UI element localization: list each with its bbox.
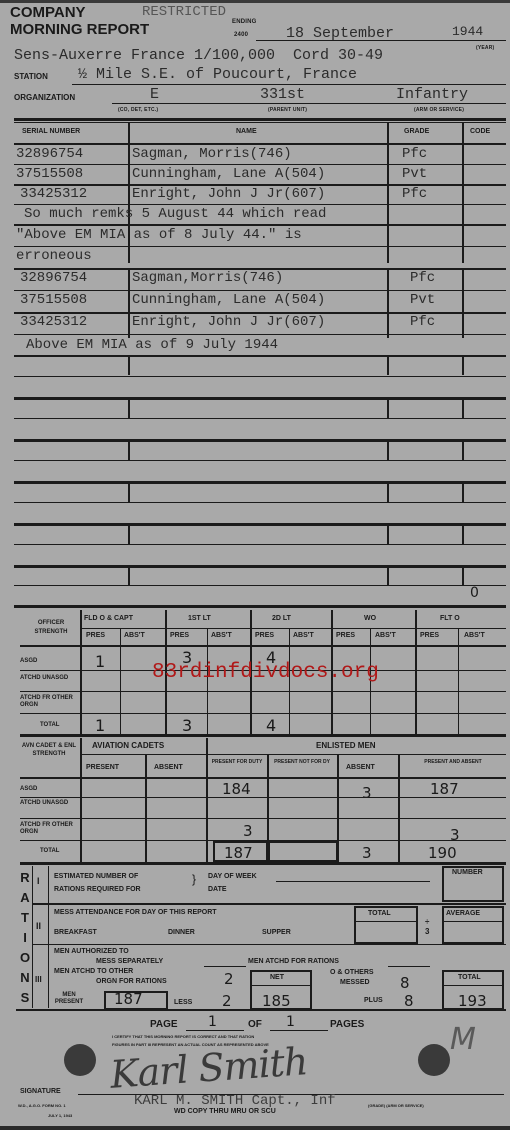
subcol-abst: ABS'T: [464, 632, 485, 639]
remark-line: So much remks 5 August 44 which read: [24, 206, 326, 222]
sub-label-parent: (PARENT UNIT): [268, 107, 307, 113]
row-line: [14, 246, 506, 247]
col-present-and-absent: PRESENT AND ABSENT: [410, 758, 496, 766]
grade-cell: Pfc: [410, 270, 435, 286]
supper-label: SUPPER: [262, 929, 291, 936]
station-label: STATION: [14, 72, 48, 81]
roster-bottom-border: [14, 605, 506, 608]
row-label-atchd-unasgd: ATCHD UNASGD: [20, 800, 70, 807]
serial-cell: 32896754: [20, 270, 87, 286]
form-title-morning-report: MORNING REPORT: [10, 21, 149, 38]
ending-label: ENDING: [232, 19, 257, 25]
number-label: NUMBER: [452, 869, 483, 876]
em-total-absent: 3: [362, 844, 372, 862]
average-label: AVERAGE: [446, 910, 480, 917]
officer-total-fld-pres: 1: [95, 716, 105, 735]
col-header-serial: SERIAL NUMBER: [22, 128, 80, 135]
serial-cell: 32896754: [16, 146, 83, 162]
breakfast-label: BREAKFAST: [54, 929, 97, 936]
sub-label-company: (CO, DET, ETC.): [118, 107, 158, 113]
row-line: [14, 334, 506, 335]
bottom-edge: [0, 1126, 510, 1130]
row-label-total: TOTAL: [40, 722, 59, 728]
remark-line: erroneous: [16, 248, 92, 264]
col-present-for-duty: PRESENT FOR DUTY: [210, 758, 264, 766]
em-other-present-duty: 3: [243, 822, 253, 840]
binder-hole-left: [64, 1044, 96, 1076]
subcol-pres: PRES: [255, 632, 274, 639]
certify-line1: I CERTIFY THAT THIS MORNING REPORT IS CO…: [112, 1034, 254, 1039]
name-cell: Sagman,Morris(746): [132, 270, 283, 286]
men-authorized-label2: MESS SEPARATELY: [96, 958, 163, 965]
officer-total-2d-pres: 4: [266, 716, 276, 735]
subcol-pres: PRES: [336, 632, 355, 639]
remark-line: Above EM MIA as of 9 July 1944: [26, 337, 278, 353]
row-line: [14, 290, 506, 291]
distribution-line: WD COPY THRU MRU OR SCU: [174, 1108, 276, 1115]
mess-attendance-label: MESS ATTENDANCE FOR DAY OF THIS REPORT: [54, 909, 217, 916]
men-atchd-other-value: 2: [224, 970, 234, 988]
group-fld-o-capt: FLD O & CAPT: [84, 615, 133, 622]
signature-label: SIGNATURE: [20, 1088, 61, 1095]
men-atchd-rations-label: MEN ATCHD FOR RATIONS: [248, 958, 339, 965]
net-value: 185: [262, 992, 291, 1010]
men-present-label: MEN PRESENT: [54, 992, 84, 1006]
col-sep-grade: [462, 123, 464, 263]
group-flt-o: FLT O: [440, 615, 460, 622]
year-label: (YEAR): [476, 45, 494, 51]
row-line: [14, 164, 506, 165]
row-label-total: TOTAL: [40, 848, 59, 854]
enlisted-strength-title: AVN CADET & ENL STRENGTH: [18, 742, 80, 758]
total-box-present-not-duty: [268, 841, 338, 862]
grade-cell: Pvt: [402, 166, 427, 182]
roster-top-border: [14, 118, 506, 121]
o-others-label1: O & OTHERS: [330, 969, 374, 976]
organization-label: ORGANIZATION: [14, 93, 75, 102]
subcol-pres: PRES: [170, 632, 189, 639]
group-2d-lt: 2D LT: [272, 615, 291, 622]
row-label-atchd-unasgd: ATCHD UNASGD: [20, 675, 70, 682]
row-line: [14, 355, 506, 357]
group-1st-lt: 1ST LT: [188, 615, 211, 622]
organization-underline: [112, 103, 506, 104]
name-cell: Sagman, Morris(746): [132, 146, 292, 162]
plus-label: PLUS: [364, 997, 383, 1004]
row-line: [14, 204, 506, 205]
grade-arm-label: (GRADE) (ARM OR SERVICE): [368, 1103, 424, 1108]
signer-name: KARL M. SMITH Capt., Inf: [134, 1093, 336, 1109]
station-value: ½ Mile S.E. of Poucourt, France: [78, 66, 357, 83]
subcol-abst: ABS'T: [124, 632, 145, 639]
brace: }: [192, 872, 196, 886]
pages-label: PAGES: [330, 1019, 364, 1030]
col-sep-name: [387, 123, 389, 263]
grade-cell: Pfc: [410, 314, 435, 330]
col-absent-em: ABSENT: [346, 764, 375, 771]
form-title-company: COMPANY: [10, 4, 86, 21]
officer-total-1st-pres: 3: [182, 716, 192, 735]
day-of-week-label: DAY OF WEEK: [208, 873, 257, 880]
em-other-present-absent: 3: [450, 826, 460, 844]
rations-side-label: RATIONS: [18, 868, 32, 1008]
serial-cell: 37515508: [20, 292, 87, 308]
men-atchd-other-label2: ORGN FOR RATIONS: [96, 978, 167, 985]
col-absent: ABSENT: [154, 764, 183, 771]
subcol-abst: ABS'T: [293, 632, 314, 639]
record-count: 0: [470, 585, 479, 601]
morning-report-card: COMPANY RESTRICTED MORNING REPORT ENDING…: [0, 0, 510, 1130]
col-sep-grade: [462, 268, 464, 338]
section-num-iii: III: [35, 975, 42, 984]
em-total-present-duty: 187: [224, 844, 253, 862]
grade-cell: Pfc: [402, 186, 427, 202]
date-underline: [256, 40, 506, 41]
officer-strength-title: OFFICER STRENGTH: [24, 619, 78, 637]
divide-by-three: ÷ 3: [425, 917, 435, 937]
col-header-code: CODE: [470, 128, 490, 135]
row-line: [14, 224, 506, 226]
col-present: PRESENT: [86, 764, 119, 771]
grade-cell: Pvt: [410, 292, 435, 308]
em-total-present-absent: 190: [428, 844, 457, 862]
serial-cell: 37515508: [16, 166, 83, 182]
officer-asgd-fld-pres: 1: [95, 652, 105, 671]
section-num-i: I: [37, 876, 40, 886]
name-cell: Enright, John J Jr(607): [132, 186, 325, 202]
ending-time: 2400: [234, 32, 248, 38]
col-present-not-for-dy: PRESENT NOT FOR DY: [271, 758, 333, 766]
col-sep-serial: [128, 268, 130, 338]
top-edge: [0, 0, 510, 3]
binder-hole-right: [418, 1044, 450, 1076]
net-label: NET: [270, 974, 284, 981]
serial-cell: 33425312: [20, 314, 87, 330]
enlisted-men-label: ENLISTED MEN: [316, 741, 376, 750]
organization-parent-unit: 331st: [260, 86, 305, 103]
group-wo: WO: [364, 615, 376, 622]
dinner-label: DINNER: [168, 929, 195, 936]
roster-top-border-2: [14, 122, 506, 123]
margin-mark: M: [450, 1022, 476, 1057]
remark-line: "Above EM MIA as of 8 July 44." is: [16, 227, 302, 243]
signature-script: Karl Smith: [109, 1039, 309, 1097]
report-year: 1944: [452, 24, 483, 39]
roster-header-bottom: [14, 143, 506, 145]
station-underline: [72, 84, 506, 85]
map-reference: Sens-Auxerre France 1/100,000 Cord 30-49: [14, 47, 383, 64]
page-number: 1: [208, 1014, 217, 1030]
men-atchd-other-label1: MEN ATCHD TO OTHER: [54, 968, 133, 975]
name-cell: Cunningham, Lane A(504): [132, 166, 325, 182]
section-num-ii: II: [36, 921, 41, 931]
total-pages: 1: [286, 1014, 295, 1030]
name-cell: Cunningham, Lane A(504): [132, 292, 325, 308]
total-value: 193: [458, 992, 487, 1010]
name-cell: Enright, John J Jr(607): [132, 314, 325, 330]
row-label-atchd-fr-other: ATCHD FR OTHER ORGN: [20, 822, 78, 836]
organization-arm: Infantry: [396, 86, 468, 103]
o-others-value: 8: [400, 974, 410, 992]
col-header-grade: GRADE: [404, 128, 429, 135]
subcol-pres: PRES: [420, 632, 439, 639]
of-label: OF: [248, 1019, 262, 1030]
form-date: JULY 1, 1943: [48, 1113, 72, 1118]
sub-label-arm: (ARM OR SERVICE): [414, 107, 464, 113]
men-present-value: 187: [114, 990, 143, 1008]
row-label-atchd-fr-other: ATCHD FR OTHER ORGN: [20, 695, 78, 709]
em-asgd-present-duty: 184: [222, 780, 251, 798]
total-label: TOTAL: [368, 910, 391, 917]
less-value: 2: [222, 992, 232, 1010]
classification-stamp: RESTRICTED: [142, 4, 226, 20]
plus-value: 8: [404, 992, 414, 1010]
men-authorized-label1: MEN AUTHORIZED TO: [54, 948, 129, 955]
date-label: DATE: [208, 886, 227, 893]
page-label: PAGE: [150, 1019, 178, 1030]
em-asgd-present-absent: 187: [430, 780, 459, 798]
watermark: 83rdinfdivdocs.org: [152, 661, 379, 684]
est-rations-label2: RATIONS REQUIRED FOR: [54, 886, 141, 893]
grade-cell: Pfc: [402, 146, 427, 162]
aviation-cadets-label: AVIATION CADETS: [92, 741, 164, 750]
o-others-label2: MESSED: [340, 979, 370, 986]
est-rations-label1: ESTIMATED NUMBER OF: [54, 873, 138, 880]
col-header-name: NAME: [236, 128, 257, 135]
subcol-pres: PRES: [86, 632, 105, 639]
organization-company: E: [150, 86, 159, 103]
em-asgd-absent: 3: [362, 784, 372, 802]
row-label-asgd: ASGD: [20, 786, 37, 792]
subcol-abst: ABS'T: [375, 632, 396, 639]
col-sep-name: [387, 268, 389, 338]
less-label: LESS: [174, 999, 192, 1006]
row-label-asgd: ASGD: [20, 658, 37, 664]
total-label-2: TOTAL: [458, 974, 481, 981]
subcol-abst: ABS'T: [211, 632, 232, 639]
serial-cell: 33425312: [20, 186, 87, 202]
form-number: W.D., A.G.O. FORM NO. 1: [18, 1103, 66, 1108]
